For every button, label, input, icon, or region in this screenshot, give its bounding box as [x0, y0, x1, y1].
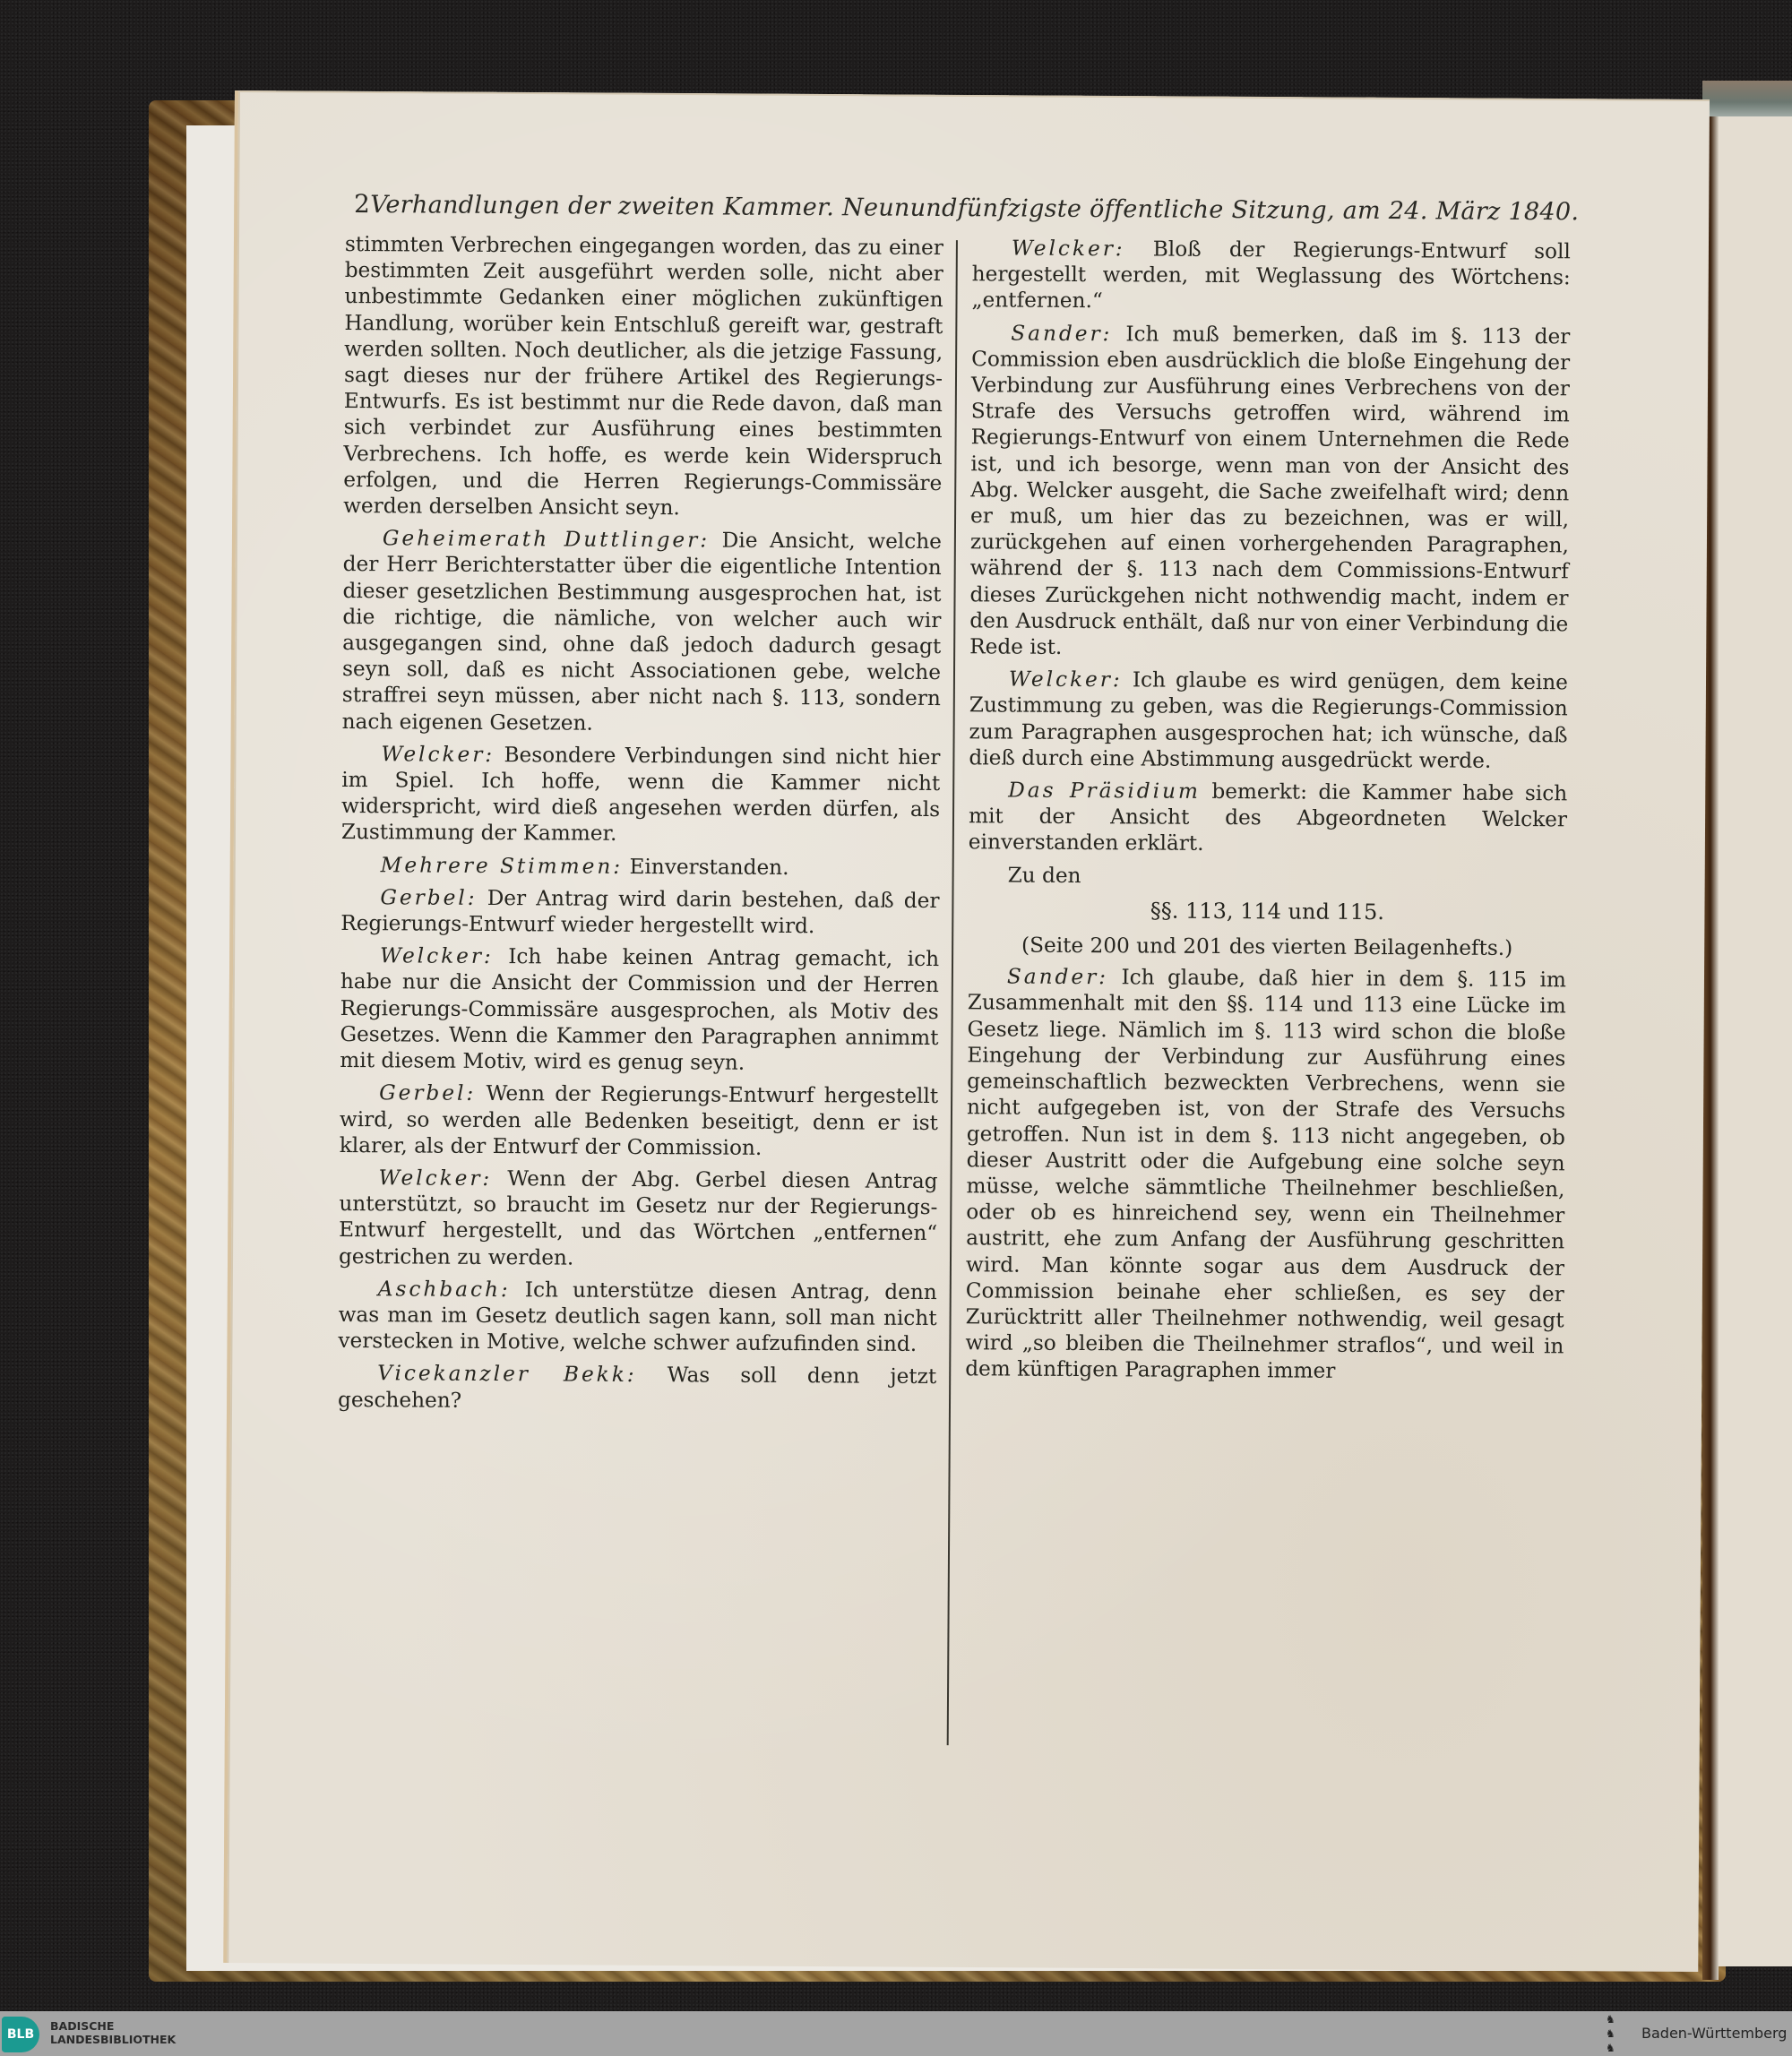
blb-logo-icon[interactable]: BLB: [2, 2017, 39, 2052]
speaker-name: Vicekanzler Bekk:: [377, 1362, 637, 1388]
paragraph: Das Präsidium bemerkt: die Kammer habe s…: [969, 777, 1568, 859]
text-columns: stimmten Verbrechen eingegangen worden, …: [335, 231, 1572, 1779]
paragraph: Welcker: Wenn der Abg. Gerbel diesen Ant…: [339, 1165, 938, 1273]
speaker-name: Das Präsidium: [1008, 779, 1201, 804]
paragraph: stimmten Verbrechen eingegangen worden, …: [343, 231, 943, 522]
paragraph-text: Zu den: [1008, 863, 1081, 887]
section-heading: §§. 113, 114 und 115.: [968, 897, 1566, 926]
paragraph: Welcker: Bloß der Regierungs-Entwurf sol…: [971, 235, 1571, 317]
library-name-line1: BADISCHE: [50, 2019, 176, 2033]
paragraph: Geheimerath Duttlinger: Die Ansicht, wel…: [342, 525, 942, 738]
paragraph: Welcker: Besondere Verbindungen sind nic…: [341, 741, 941, 849]
speaker-name: Welcker:: [380, 944, 494, 969]
paragraph: Mehrere Stimmen: Einverstanden.: [341, 852, 940, 882]
speaker-name: Welcker:: [1012, 237, 1125, 262]
paragraph: Welcker: Ich habe keinen Antrag gemacht,…: [340, 942, 939, 1077]
library-name-line2: LANDESBIBLIOTHEK: [50, 2033, 176, 2046]
speaker-name: Gerbel:: [380, 885, 477, 910]
left-column: stimmten Verbrechen eingegangen worden, …: [335, 231, 955, 1776]
page-number: 2: [354, 189, 370, 219]
speaker-name: Geheimerath Duttlinger:: [383, 526, 710, 552]
speaker-name: Sander:: [1011, 321, 1112, 346]
paragraph-text: stimmten Verbrechen eingegangen worden, …: [343, 232, 943, 520]
viewer-footer-bar: BLB BADISCHE LANDESBIBLIOTHEK ♞ ♞ ♞ Bade…: [0, 2011, 1792, 2056]
lion-icon: ♞: [1606, 2042, 1631, 2054]
next-page-edge: [1719, 116, 1792, 1966]
lion-icon: ♞: [1606, 2027, 1631, 2040]
paragraph: Gerbel: Wenn der Regierungs-Entwurf herg…: [340, 1080, 939, 1162]
speaker-name: Welcker:: [381, 742, 495, 767]
paragraph: Aschbach: Ich unterstütze diesen Antrag,…: [338, 1276, 937, 1358]
speaker-name: Aschbach:: [378, 1277, 511, 1302]
paragraph: Gerbel: Der Antrag wird darin bestehen, …: [340, 884, 939, 940]
paragraph-text: Ich glaube, daß hier in dem §. 115 im Zu…: [965, 966, 1566, 1384]
paragraph: Welcker: Ich glaube es wird genügen, dem…: [969, 667, 1568, 775]
paragraph: Sander: Ich muß bemerken, daß im §. 113 …: [969, 320, 1570, 664]
library-name[interactable]: BADISCHE LANDESBIBLIOTHEK: [50, 2019, 176, 2046]
lion-icon: ♞: [1606, 2013, 1631, 2026]
speaker-name: Sander:: [1007, 965, 1108, 990]
section-subheading: (Seite 200 und 201 des vierten Beilagenh…: [968, 932, 1566, 961]
right-column: Welcker: Bloß der Regierungs-Entwurf sol…: [948, 235, 1570, 1779]
paragraph: Sander: Ich glaube, daß hier in dem §. 1…: [965, 964, 1566, 1386]
speaker-name: Welcker:: [1009, 667, 1123, 693]
speaker-name: Welcker:: [378, 1166, 492, 1191]
three-lions-icon[interactable]: ♞ ♞ ♞: [1606, 2013, 1631, 2054]
paragraph-text: Ich muß bemerken, daß im §. 113 der Comm…: [969, 322, 1570, 659]
next-page-top-edge: [1702, 81, 1792, 116]
state-name[interactable]: Baden-Württemberg: [1641, 2025, 1787, 2042]
paragraph: Zu den: [969, 862, 1567, 891]
paragraph: Vicekanzler Bekk: Was soll denn jetzt ge…: [338, 1360, 936, 1415]
paragraph-text: Die Ansicht, welche der Herr Berichterst…: [342, 529, 942, 736]
speaker-name: Mehrere Stimmen:: [381, 853, 624, 879]
paragraph-text: Einverstanden.: [629, 855, 788, 880]
speaker-name: Gerbel:: [379, 1081, 476, 1106]
